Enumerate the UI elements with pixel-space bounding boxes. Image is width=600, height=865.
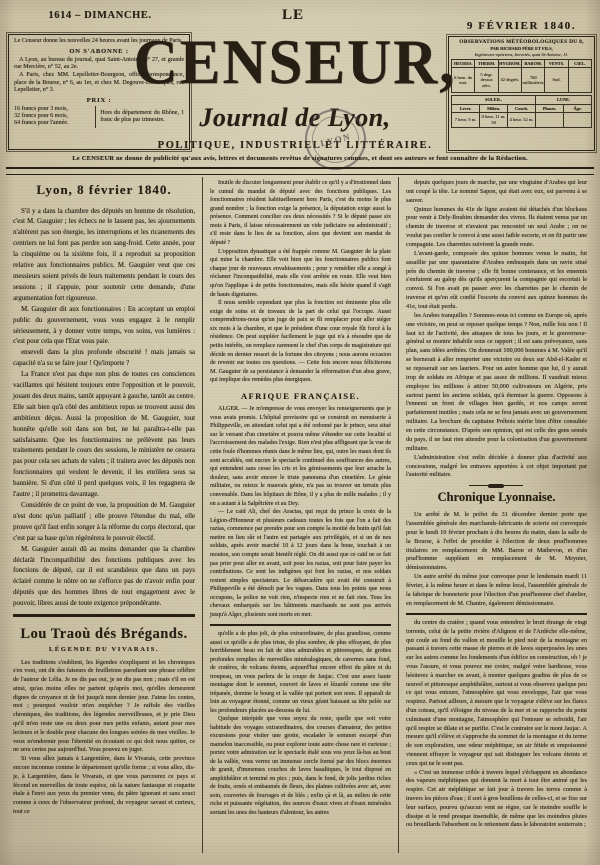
sun-moon-header-cell: Milieu. bbox=[480, 104, 508, 112]
article-paragraph: M. Gauguier dit aux fonctionnaires : En … bbox=[13, 305, 195, 349]
article-paragraph: L'avant-garde, composée des quinze homme… bbox=[406, 250, 587, 312]
price-table: 16 francs pour 3 mois, 32 francs pour 6 … bbox=[14, 106, 184, 128]
meteo-header-cell: CIEL. bbox=[568, 59, 591, 67]
meteo-header-cell: HYGROM. bbox=[498, 59, 521, 67]
article-lyon: Lyon, 8 février 1840. S'il y a dans la c… bbox=[13, 179, 195, 610]
feuilleton-paragraph: du centre du cratère ; quand vous entend… bbox=[406, 619, 587, 769]
divider bbox=[210, 624, 391, 627]
sun-moon-header-cell: Couch. bbox=[508, 104, 536, 112]
divider bbox=[406, 613, 587, 616]
article-paragraph: enseveli dans la plus profonde obscurité… bbox=[13, 348, 195, 370]
price-note: Hors du département du Rhône, 1 franc de… bbox=[96, 110, 184, 124]
article-cumul: Inutile de discuter longuement pour étab… bbox=[210, 179, 391, 620]
subscription-header: ON S'ABONNE : bbox=[14, 48, 184, 56]
sun-moon-value-cell: 0 heur. 11 m. 50 bbox=[480, 113, 508, 127]
article-afrique-suite: depuis quelques jours de marche, par une… bbox=[406, 179, 587, 609]
feuilleton-paragraph: Quelque intrépide que vous soyez du rest… bbox=[210, 715, 391, 817]
sun-moon-header-cell: Lever. bbox=[452, 104, 480, 112]
feuilleton-right: du centre du cratère ; quand vous entend… bbox=[406, 619, 587, 853]
sun-moon-value-cell bbox=[536, 113, 564, 127]
sun-moon-table: SOLEIL. LUNE. Lever. Milieu. Couch. Phas… bbox=[451, 95, 592, 127]
article-paragraph: — Le caïd Ali, chef des Aractas, qui reç… bbox=[210, 508, 391, 620]
article-heading: AFRIQUE FRANÇAISE. bbox=[210, 390, 391, 402]
column-area: Lyon, 8 février 1840. S'il y a dans la c… bbox=[6, 177, 594, 853]
price-header: PRIX : bbox=[14, 97, 184, 105]
article-paragraph: L'administration s'est enfin décidée à d… bbox=[406, 454, 587, 481]
article-paragraph: Un arrêté de M. le préfet du 31 décembre… bbox=[406, 511, 587, 573]
feuilleton-center: qu'elle a de plus joli, de plus extraord… bbox=[210, 630, 391, 853]
article-paragraph: M. Gauguier aurait dû au moins demander … bbox=[13, 545, 195, 610]
article-paragraph: ALGER. — Je m'empresse de vous envoyer l… bbox=[210, 405, 391, 508]
feuilleton-paragraph: Si vous allez jamais à Largentière, dans… bbox=[13, 755, 195, 817]
feuilleton-paragraph: « C'est un immense crible à travers lequ… bbox=[406, 769, 587, 831]
meteo-value-cell: 42 degrés. bbox=[498, 68, 521, 93]
sun-moon-value-cell bbox=[564, 113, 592, 127]
meteo-table: HEURES. THERM. HYGROM. BAROM. VENTS. CIE… bbox=[451, 59, 592, 93]
article-paragraph: les Arabes tranquilles ? Sommes-nous ici… bbox=[406, 312, 587, 454]
price-line: 64 francs pour l'année. bbox=[14, 120, 92, 127]
article-paragraph: Quinze hommes du 41e de ligne avaient ét… bbox=[406, 206, 587, 250]
subscription-address: A Lyon, au bureau du journal, quai Saint… bbox=[14, 57, 184, 71]
sun-moon-value-cell: 4 heur. 52 m. bbox=[508, 113, 536, 127]
article-paragraph: Considérée de ce point de vue, la propos… bbox=[13, 501, 195, 545]
notice-line: Le CENSEUR ne donne de publicité qu'aux … bbox=[8, 155, 592, 162]
subscription-box: Le Censeur donne les nouvelles 24 heures… bbox=[8, 34, 190, 150]
feuilleton-subtitle: LÉGENDE DU VIVARAIS. bbox=[13, 645, 195, 654]
column-right: depuis quelques jours de marche, par une… bbox=[398, 177, 594, 853]
divider bbox=[6, 167, 594, 175]
meteo-value-cell: Sud. bbox=[545, 68, 568, 93]
subscription-address: A Paris, chez MM. Lepelletier-Bourgeon, … bbox=[14, 72, 184, 94]
newspaper-page: 1614 – DIMANCHE. LE 9 FÉVRIER 1840. CENS… bbox=[0, 0, 600, 865]
sun-label: SOLEIL. bbox=[452, 96, 536, 104]
meteo-header-cell: HEURES. bbox=[452, 59, 475, 67]
meteo-title: OBSERVATIONS MÉTÉOROLOGIQUES DU 8, bbox=[451, 39, 592, 46]
feuilleton-title: Lou Traoù dés Brégands. bbox=[13, 624, 195, 645]
meteo-header-cell: VENTS. bbox=[545, 59, 568, 67]
meteo-value-cell bbox=[568, 68, 591, 93]
article-heading: Chronique Lyonnaise. bbox=[406, 489, 587, 507]
divider bbox=[13, 614, 195, 617]
article-paragraph: Un autre arrêté du même jour convoque po… bbox=[406, 573, 587, 608]
article-paragraph: depuis quelques jours de marche, par une… bbox=[406, 179, 587, 206]
price-list: 16 francs pour 3 mois, 32 francs pour 6 … bbox=[14, 106, 96, 128]
column-left: Lyon, 8 février 1840. S'il y a dans la c… bbox=[6, 177, 202, 853]
column-center: Inutile de discuter longuement pour étab… bbox=[202, 177, 398, 853]
subscription-lead: Le Censeur donne les nouvelles 24 heures… bbox=[14, 38, 184, 45]
sun-moon-header-cell: Âge. bbox=[564, 104, 592, 112]
ornament-divider bbox=[469, 485, 523, 486]
meteo-box: OBSERVATIONS MÉTÉOROLOGIQUES DU 8, PAR R… bbox=[448, 36, 595, 151]
article-paragraph: Inutile de discuter longuement pour étab… bbox=[210, 179, 391, 248]
feuilleton-paragraph: qu'elle a de plus joli, de plus extraord… bbox=[210, 630, 391, 715]
article-paragraph: L'opposition dynastique a été frappée co… bbox=[210, 248, 391, 299]
feuilleton-left: Lou Traoù dés Brégands. LÉGENDE DU VIVAR… bbox=[13, 621, 195, 853]
feuilleton-paragraph: Les traditions s'oublient, les légendes … bbox=[13, 659, 195, 756]
meteo-value-cell: 5 degr. dessus zéro. bbox=[475, 68, 498, 93]
meteo-credit: Ingénieurs-opticiens, brevetés, quai St-… bbox=[451, 52, 592, 58]
sun-moon-header-cell: Phases. bbox=[536, 104, 564, 112]
publication-date: 9 FÉVRIER 1840. bbox=[448, 20, 595, 32]
article-paragraph: S'il y a dans la chambre des députés un … bbox=[13, 207, 195, 305]
sun-moon-value-cell: 7 heur. 9 m. bbox=[452, 113, 480, 127]
meteo-header-cell: THERM. bbox=[475, 59, 498, 67]
meteo-value-cell: 760 millimètres. bbox=[521, 68, 544, 93]
meteo-header-cell: BAROM. bbox=[521, 59, 544, 67]
moon-label: LUNE. bbox=[536, 96, 592, 104]
article-paragraph: La France n'est pas dupe non plus de tou… bbox=[13, 370, 195, 501]
article-heading: Lyon, 8 février 1840. bbox=[13, 180, 195, 201]
meteo-value-cell: 6 heur. du mat. bbox=[452, 68, 475, 93]
article-paragraph: Il nous semble cependant que plus la fon… bbox=[210, 299, 391, 385]
